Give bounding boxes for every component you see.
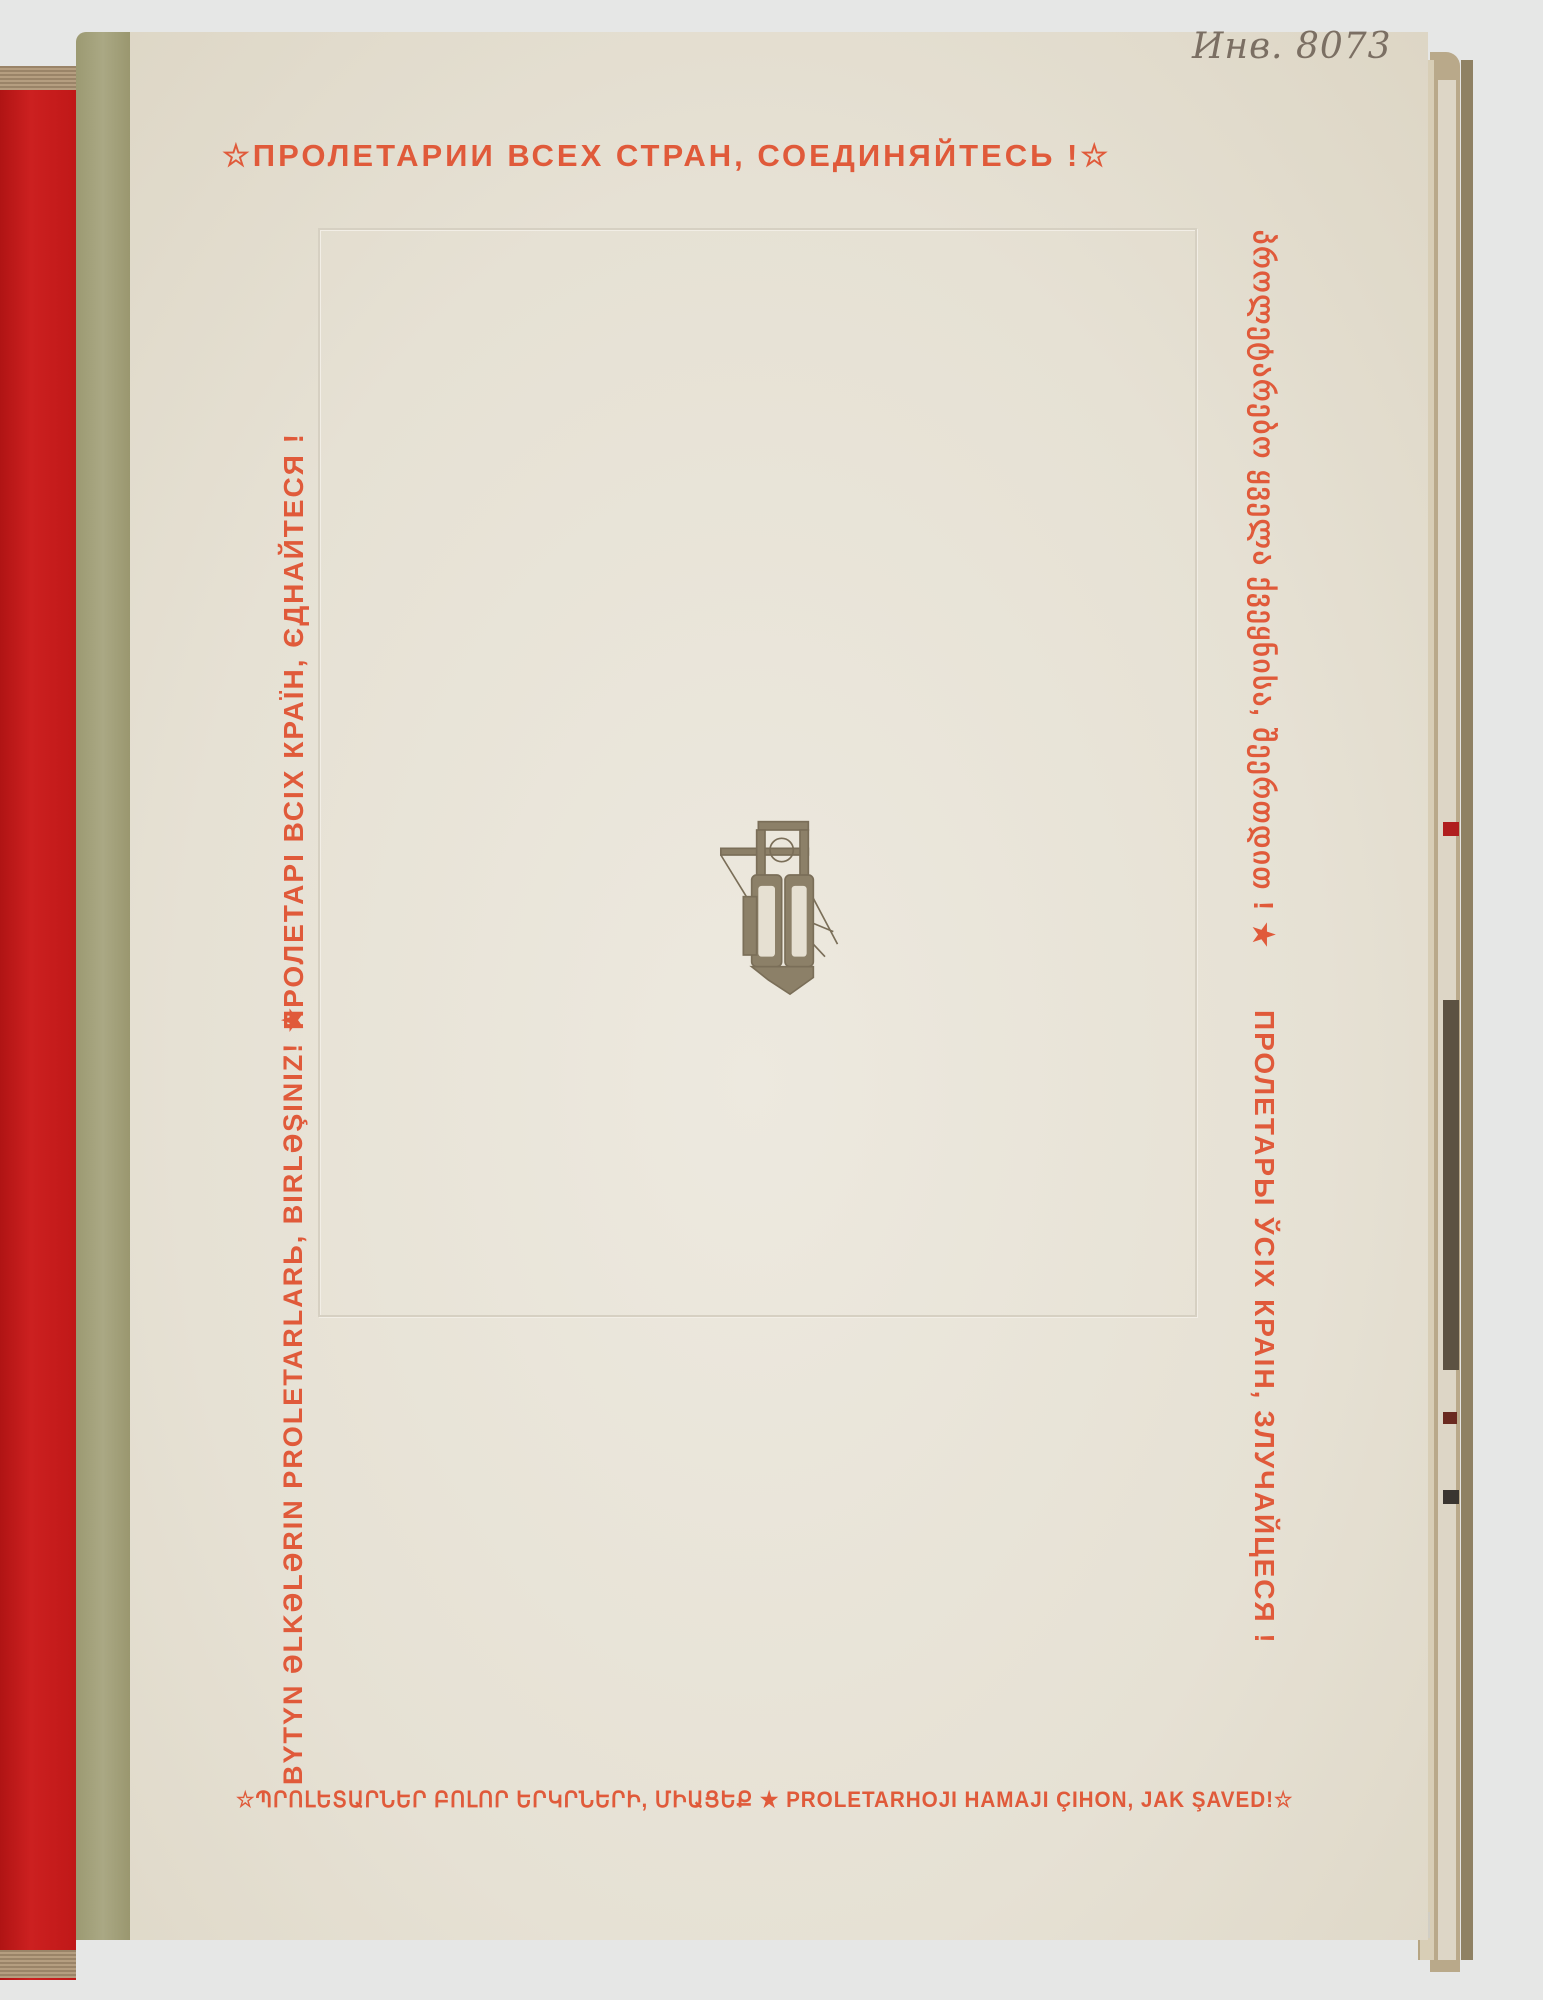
inventory-mark: Инв. 8073 xyxy=(1192,26,1392,67)
olive-spine-strip xyxy=(76,32,130,1940)
back-cover-red-cloth xyxy=(0,66,76,1980)
page-stack-red-tab-2 xyxy=(1443,1412,1457,1424)
right-slogan-belarusian: ПРОЛЕТАРЫ ЎСІХ КРАІН, ЗЛУЧАЙЦЕСЯ ! xyxy=(1248,1010,1280,1645)
left-slogan-azerbaijani: BYTYN ƏLKƏLƏRIN PROLETARLARЬ, BIRLƏŞINIZ… xyxy=(278,1006,309,1785)
cloth-bottom-edge xyxy=(0,1950,76,1978)
bottom-slogan: ☆ՊՐՈԼԵՏԱՐՆԵՐ ԲՈԼՈՐ ԵՐԿՐՆԵՐԻ, ՄԻԱՑԵՔ ★ PR… xyxy=(236,1787,1293,1813)
blast-furnace-emblem-icon xyxy=(700,800,850,1005)
page-stack-olive xyxy=(1461,60,1473,1960)
page-stack-red-tab xyxy=(1443,822,1459,836)
page-stack-stripe xyxy=(1443,1490,1459,1504)
embossed-frame xyxy=(318,228,1197,1317)
left-slogan-ukrainian: ПРОЛЕТАРІ ВСІХ КРАЇН, ЄДНАЙТЕСЯ ! xyxy=(278,432,310,1030)
top-slogan: ☆ПРОЛЕТАРИИ ВСЕХ СТРАН, СОЕДИНЯЙТЕСЬ !☆ xyxy=(222,138,1111,174)
cloth-top-edge xyxy=(0,66,76,90)
page-stack-dark-tab xyxy=(1443,1000,1459,1370)
right-slogan-georgian: პროლეტარებო ყველა ქვეყნისა, შეერთდით ! ★ xyxy=(1247,230,1280,949)
